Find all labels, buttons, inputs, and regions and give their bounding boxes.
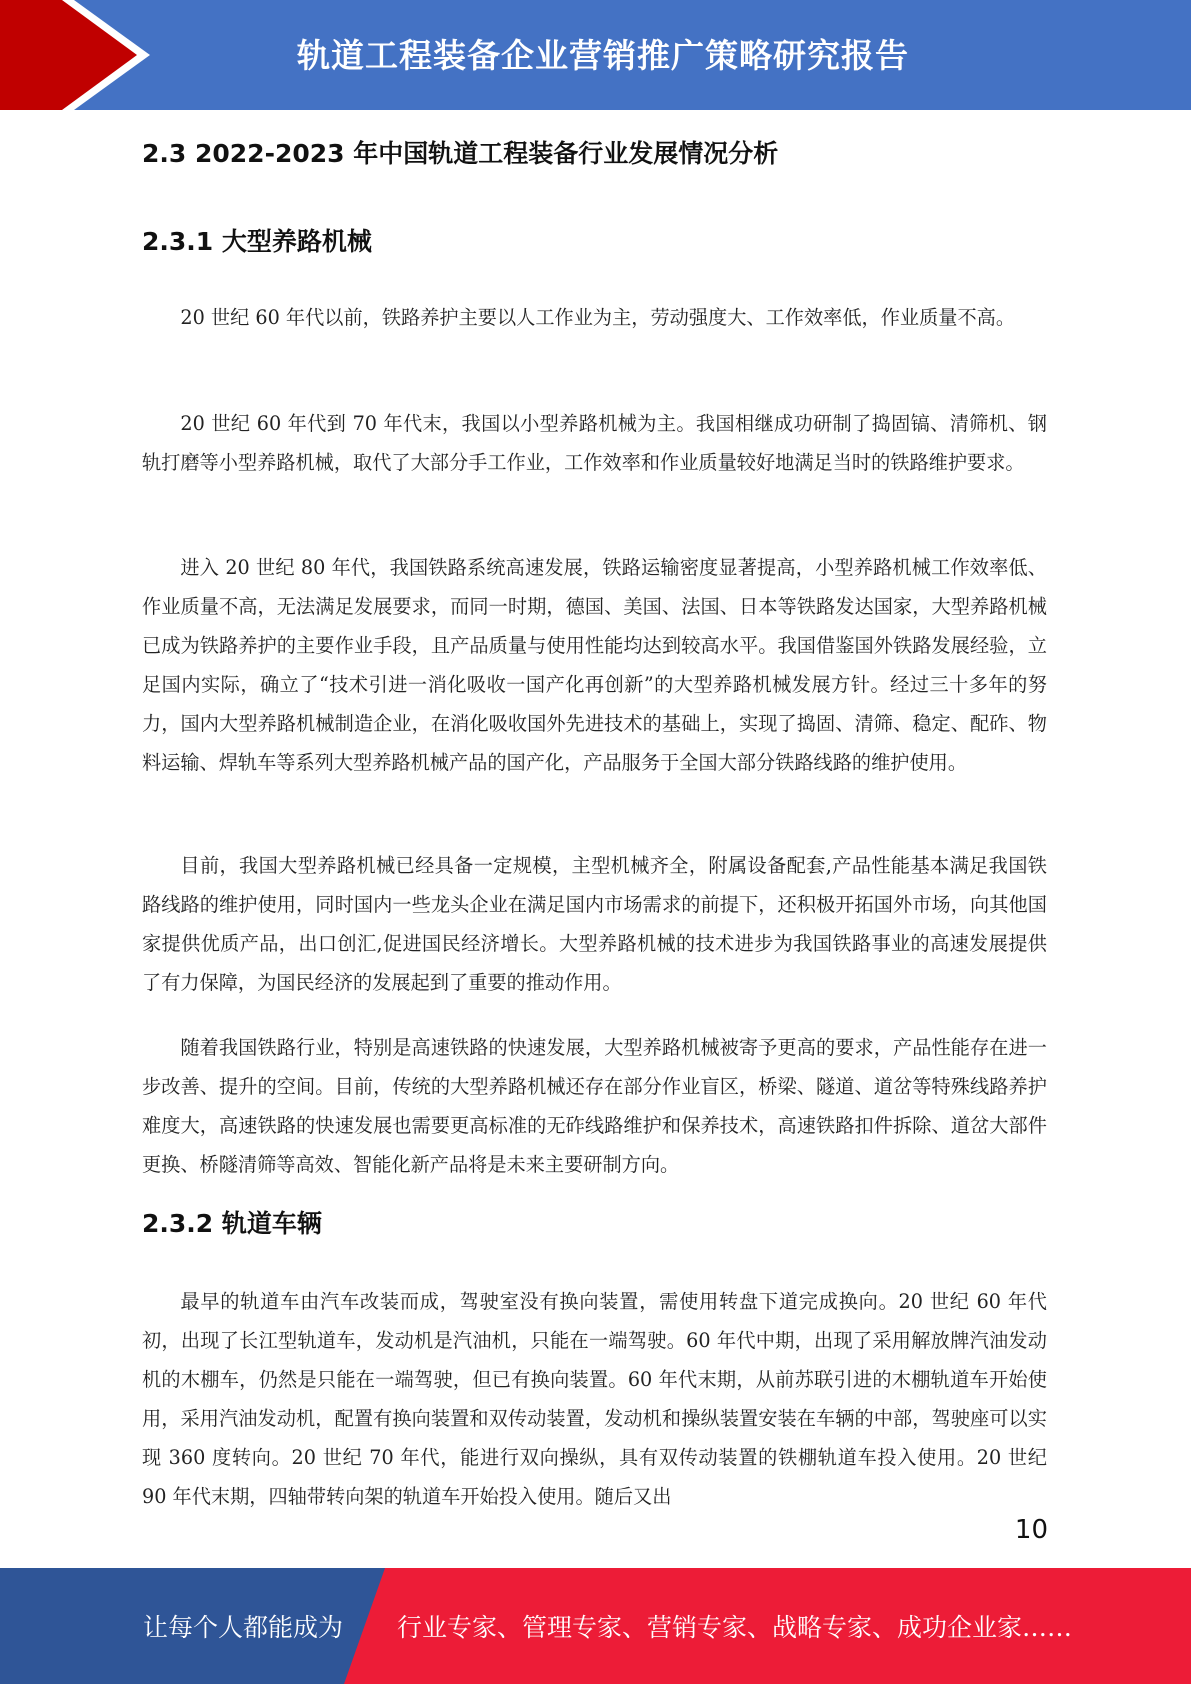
footer-slogan-left: 让每个人都能成为 [143, 1608, 343, 1644]
page-number: 10 [1015, 1515, 1048, 1545]
paragraph: 进入 20 世纪 80 年代，我国铁路系统高速发展，铁路运输密度显著提高，小型养… [142, 548, 1047, 782]
paragraph: 20 世纪 60 年代到 70 年代末，我国以小型养路机械为主。我国相继成功研制… [142, 404, 1047, 482]
subsection-heading: 2.3.1 大型养路机械 [142, 222, 372, 258]
page-header: 轨道工程装备企业营销推广策略研究报告 [0, 0, 1191, 110]
footer-slogan-right: 行业专家、管理专家、营销专家、战略专家、成功企业家…… [397, 1608, 1072, 1644]
section-heading: 2.3 2022-2023 年中国轨道工程装备行业发展情况分析 [142, 134, 778, 170]
paragraph: 随着我国铁路行业，特别是高速铁路的快速发展，大型养路机械被寄予更高的要求，产品性… [142, 1028, 1047, 1184]
paragraph: 最早的轨道车由汽车改装而成，驾驶室没有换向装置，需使用转盘下道完成换向。20 世… [142, 1282, 1047, 1516]
report-title: 轨道工程装备企业营销推广策略研究报告 [0, 30, 1191, 77]
page-footer: 让每个人都能成为 行业专家、管理专家、营销专家、战略专家、成功企业家…… [0, 1568, 1191, 1684]
paragraph: 目前，我国大型养路机械已经具备一定规模，主型机械齐全，附属设备配套,产品性能基本… [142, 846, 1047, 1002]
subsection-heading: 2.3.2 轨道车辆 [142, 1204, 322, 1240]
paragraph: 20 世纪 60 年代以前，铁路养护主要以人工作业为主，劳动强度大、工作效率低，… [142, 298, 1047, 337]
